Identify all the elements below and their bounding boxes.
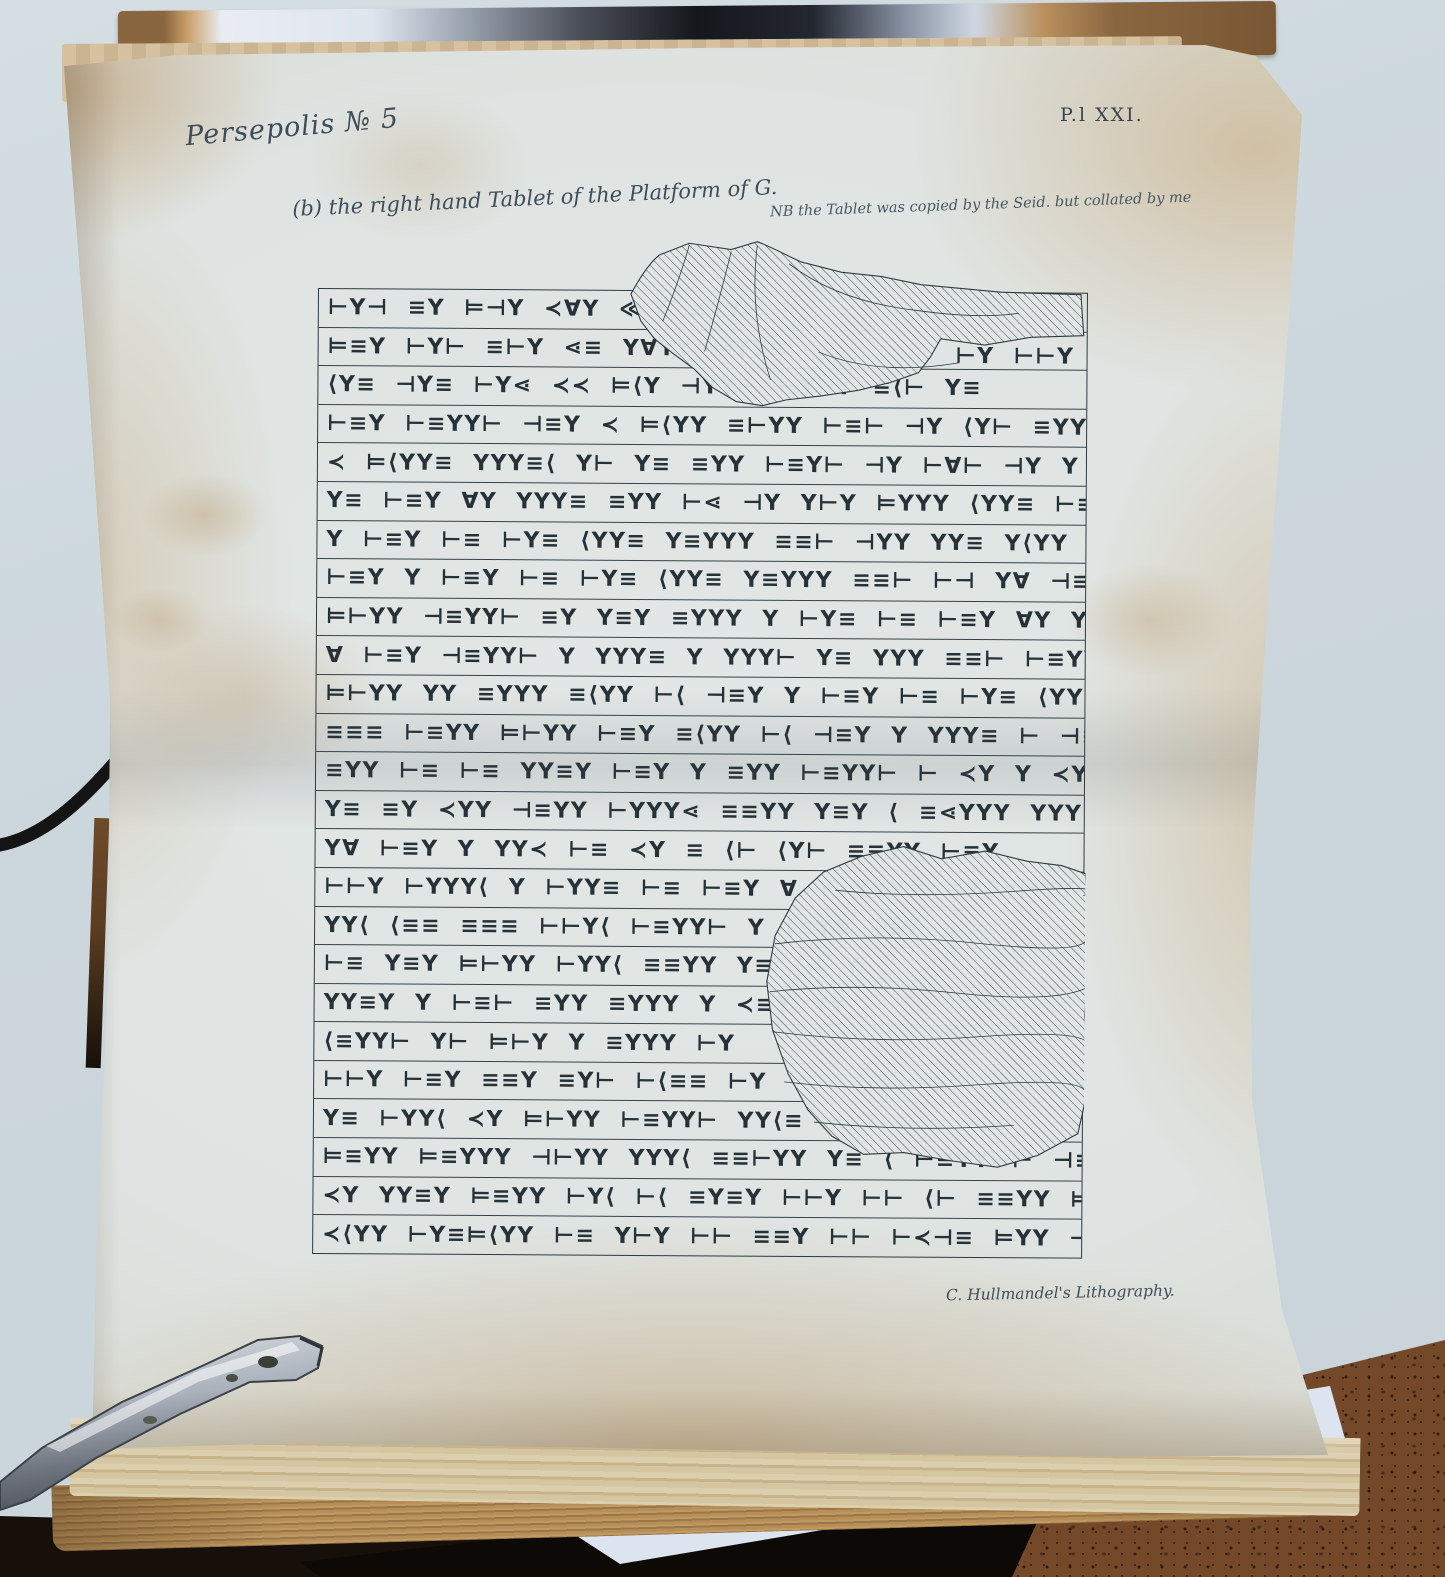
cuneiform-row: Y∀ ⊢≡Y Y YY≺ ⊢≡ ≺Y ≡ ⟨⊢ ⟨Y⊢ ≡≡YY ⊢≡Y — [315, 829, 1083, 872]
cuneiform-row: Y≡ ⊢YY⟨ ≺Y ⊨⊢YY ⊢≡YY⊢ YY⟨≡ ⊣ — [314, 1099, 1082, 1142]
cuneiform-row: ⊨⊢YY ⊣≡YY⊢ ≡Y Y≡Y ≡YYY Y ⊢Y≡ ⊢≡ ⊢≡Y ∀Y Y… — [317, 598, 1085, 641]
cuneiform-row: ⊢≡Y Y ⊢≡Y ⊢≡ ⊢Y≡ ⟨YY≡ Y≡YYY ≡≡⊢ ⊢⊣ Y∀ ⊣≡… — [317, 559, 1085, 602]
cuneiform-row: ⊢≡ Y≡Y ⊨⊢YY ⊢YY⟨ ≡≡YY Y≡ ⟨⋖ Y — [315, 945, 1083, 988]
plate-number: P.l XXI. — [1060, 104, 1144, 126]
cuneiform-row: Y≡ ⊢≡Y ∀Y YYY≡ ≡YY ⊢⋖ ⊣Y Y⊢Y ⊨YYY ⟨YY≡ ⊢… — [318, 482, 1086, 525]
cuneiform-row: YY⟨ ⟨≡≡ ≡≡≡ ⊢⊢Y⟨ ⊢≡YY⊢ Y ⟨≡Y≡ ⟨≡Y — [315, 906, 1083, 949]
lithographer-imprint: C. Hullmandel's Lithography. — [946, 1282, 1175, 1305]
cuneiform-row: ⊢Y⊣ ≡Y ⊨⊣Y ≺∀Y ⋘Y ≡YY⊢ — [319, 289, 1087, 332]
handwritten-caption: (b) the right hand Tablet of the Platfor… — [292, 175, 778, 221]
handwritten-note: NB the Tablet was copied by the Seid. bu… — [770, 190, 1192, 221]
cuneiform-row: Y ⊢≡Y ⊢≡ ⊢Y≡ ⟨YY≡ Y≡YYY ≡≡⊢ ⊣YY YY≡ Y⟨YY… — [317, 521, 1085, 564]
cuneiform-row: ⊨≡YY ⊨≡YYY ⊣⊢YY YYY⟨ ≡≡⊢YY Y≡ ⟨ ⊢≡YY⊢⊢ ⊣… — [314, 1138, 1082, 1181]
cuneiform-row: ∀ ⊢≡Y ⊣≡YY⊢ Y YYY≡ Y YYY⊢ Y≡ YYY ≡≡⊢ ⊢≡Y… — [317, 636, 1085, 679]
cuneiform-row: YY≡Y Y ⊢≡⊢ ≡YY ≡YYY Y ≺≡Y YY — [315, 984, 1083, 1027]
cuneiform-row: ⊢⊢Y ⊢≡Y ≡≡Y ≡Y⊢ ⊢⟨≡≡ ⊢Y — [314, 1061, 1082, 1104]
cuneiform-row: ⟨≡YY⊢ Y⊢ ⊨⊢Y Y ≡YYY ⊢Y — [314, 1022, 1082, 1065]
cuneiform-row: ≺⟨YY ⊢Y≡⊨⟨YY ⊢≡ Y⊢Y ⊢⊢ ≡≡Y ⊢⊢ ⊢≺⊣≡ ⊨YY ⊣… — [313, 1215, 1081, 1257]
cuneiform-row-fragment: ⊢Y ⊢⊢Y — [955, 337, 1074, 376]
metal-clasp — [0, 1320, 360, 1540]
handwritten-series-title: Persepolis № 5 — [184, 103, 400, 153]
cuneiform-row: ⊢≡Y ⊢≡YY⊢ ⊣≡Y ≺ ⊨⟨YY ≡⊢YY ⊢≡⊢ ⊣Y ⟨Y⊢ ≡YY… — [318, 405, 1086, 448]
cuneiform-row: ≺ ⊨⟨YY≡ YYY≡⟨ Y⊢ Y≡ ≡YY ⊢≡Y⊢ ⊣Y ⊢∀⊢ ⊣Y Y… — [318, 443, 1086, 486]
cuneiform-row: ⊢⊢Y ⊢YYY⟨ Y ⊢YY≡ ⊢≡ ⊢≡Y ∀ Y YYY≡ ≡Y Y⊢YY — [315, 868, 1083, 911]
cuneiform-row: ≺Y YY≡Y ⊨≡YY ⊢Y⟨ ⊢⟨ ≡Y≡Y ⊢⊢Y ⊢⊢ ⟨⊢ ≡≡YY … — [313, 1177, 1081, 1220]
page-fold-shadow — [0, 688, 1445, 828]
book-photo-scene: Persepolis № 5 P.l XXI. (b) the right ha… — [0, 0, 1445, 1577]
